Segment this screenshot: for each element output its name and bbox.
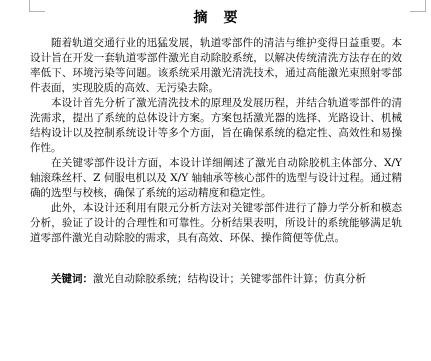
abstract-content: 摘 要 随着轨道交通行业的迅猛发展，轨道零部件的清洁与维护变得日益重要。本设计旨… — [30, 9, 402, 287]
abstract-body: 随着轨道交通行业的迅猛发展，轨道零部件的清洁与维护变得日益重要。本设计旨在开发一… — [30, 36, 402, 287]
keywords-text: 激光自动除胶系统；结构设计；关键零部件计算；仿真分析 — [93, 273, 366, 285]
document-page: 摘 要 随着轨道交通行业的迅猛发展，轨道零部件的清洁与维护变得日益重要。本设计旨… — [0, 0, 431, 361]
keywords-label: 关键词： — [51, 273, 93, 285]
abstract-paragraph-1: 随着轨道交通行业的迅猛发展，轨道零部件的清洁与维护变得日益重要。本设计旨在开发一… — [30, 36, 402, 96]
abstract-paragraph-2: 本设计首先分析了激光清洗技术的原理及发展历程，并结合轨道零部件的清洗需求，提出了… — [30, 96, 402, 156]
abstract-paragraph-3: 在关键零部件设计方面，本设计详细阐述了激光自动除胶机主体部分、X/Y 轴滚珠丝杆… — [30, 156, 402, 201]
keywords-line: 关键词：激光自动除胶系统；结构设计；关键零部件计算；仿真分析 — [30, 272, 402, 287]
abstract-paragraph-4: 此外，本设计还利用有限元分析方法对关键零部件进行了静力学分析和模态分析，验证了设… — [30, 201, 402, 246]
margin-crop-mark-right — [410, 0, 426, 12]
page-title: 摘 要 — [30, 9, 402, 27]
